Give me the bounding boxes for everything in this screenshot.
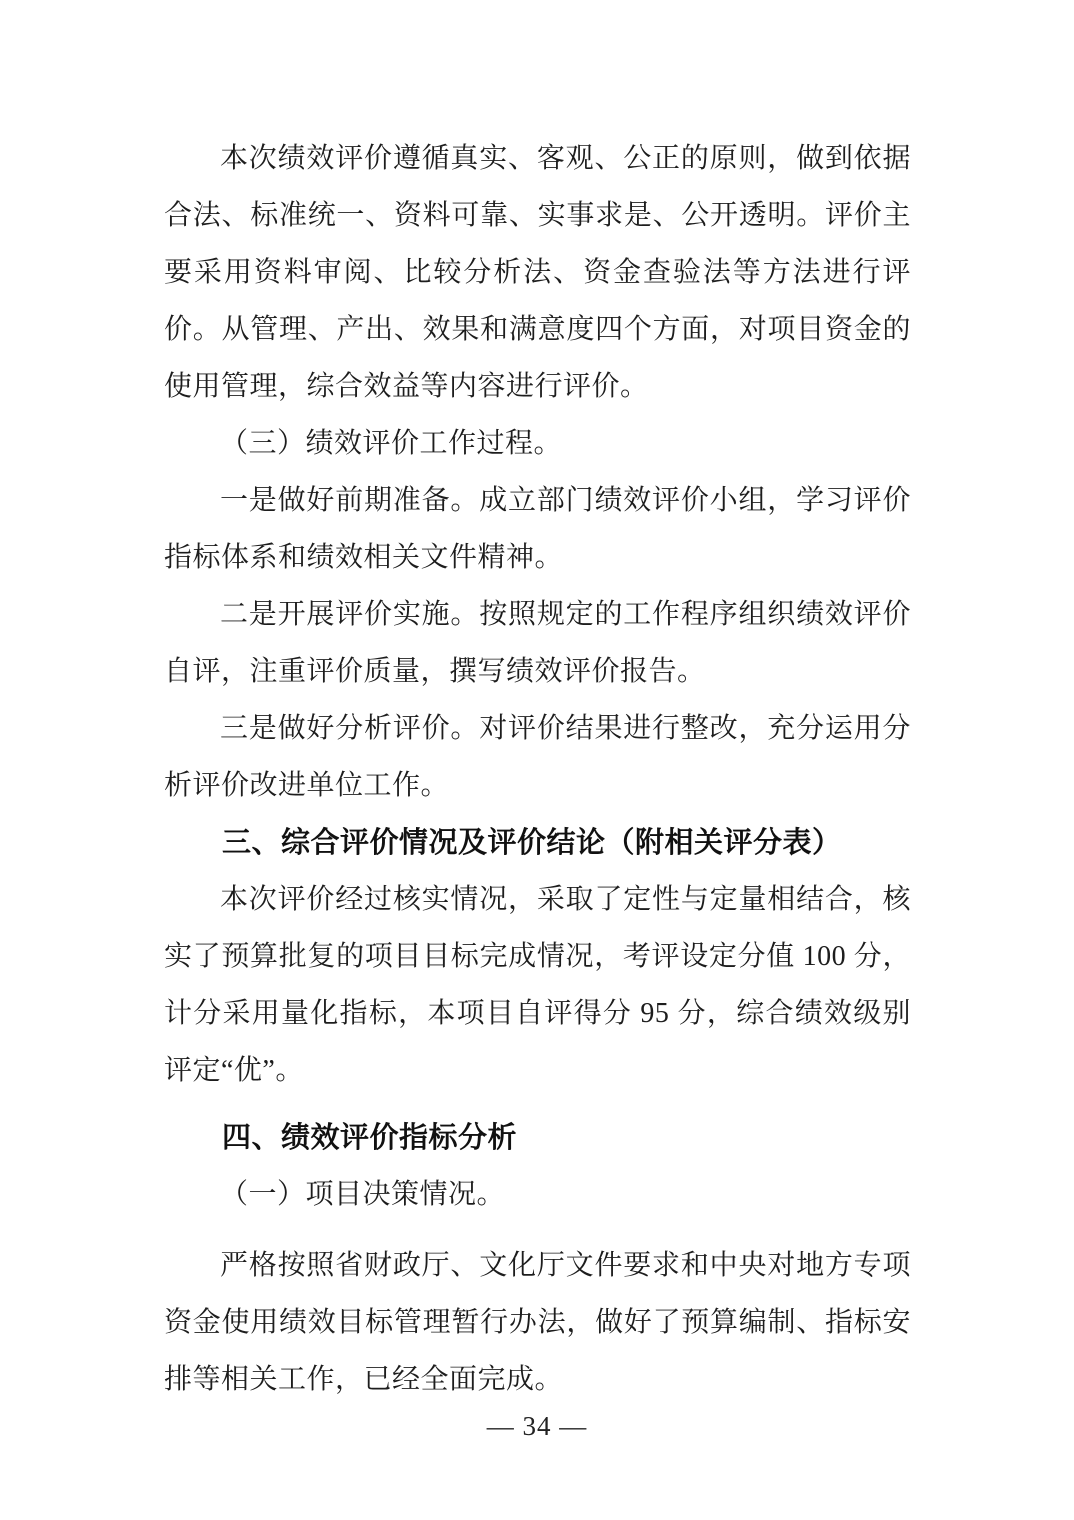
document-body: 本次绩效评价遵循真实、客观、公正的原则，做到依据合法、标准统一、资料可靠、实事求… (164, 130, 911, 1408)
para-decision-compliance: 严格按照省财政厅、文化厅文件要求和中央对地方专项资金使用绩效目标管理暂行办法，做… (164, 1237, 911, 1408)
page-number: — 34 — (0, 1402, 1074, 1450)
document-page: 本次绩效评价遵循真实、客观、公正的原则，做到依据合法、标准统一、资料可靠、实事求… (0, 0, 1074, 1520)
para-evaluation-conclusion-score: 本次评价经过核实情况，采取了定性与定量相结合，核实了预算批复的项目目标完成情况，… (164, 871, 911, 1099)
para-step-three-analysis: 三是做好分析评价。对评价结果进行整改，充分运用分析评价改进单位工作。 (164, 700, 911, 814)
para-subsection-project-decision: （一）项目决策情况。 (164, 1166, 911, 1223)
para-subsection-work-process: （三）绩效评价工作过程。 (164, 415, 911, 472)
heading-section4-indicator-analysis: 四、绩效评价指标分析 (164, 1109, 911, 1166)
para-step-one-preparation: 一是做好前期准备。成立部门绩效评价小组，学习评价指标体系和绩效相关文件精神。 (164, 472, 911, 586)
para-step-two-implementation: 二是开展评价实施。按照规定的工作程序组织绩效评价自评，注重评价质量，撰写绩效评价… (164, 586, 911, 700)
para-evaluation-principles: 本次绩效评价遵循真实、客观、公正的原则，做到依据合法、标准统一、资料可靠、实事求… (164, 130, 911, 415)
heading-section3-overall-evaluation: 三、综合评价情况及评价结论（附相关评分表） (164, 814, 911, 871)
